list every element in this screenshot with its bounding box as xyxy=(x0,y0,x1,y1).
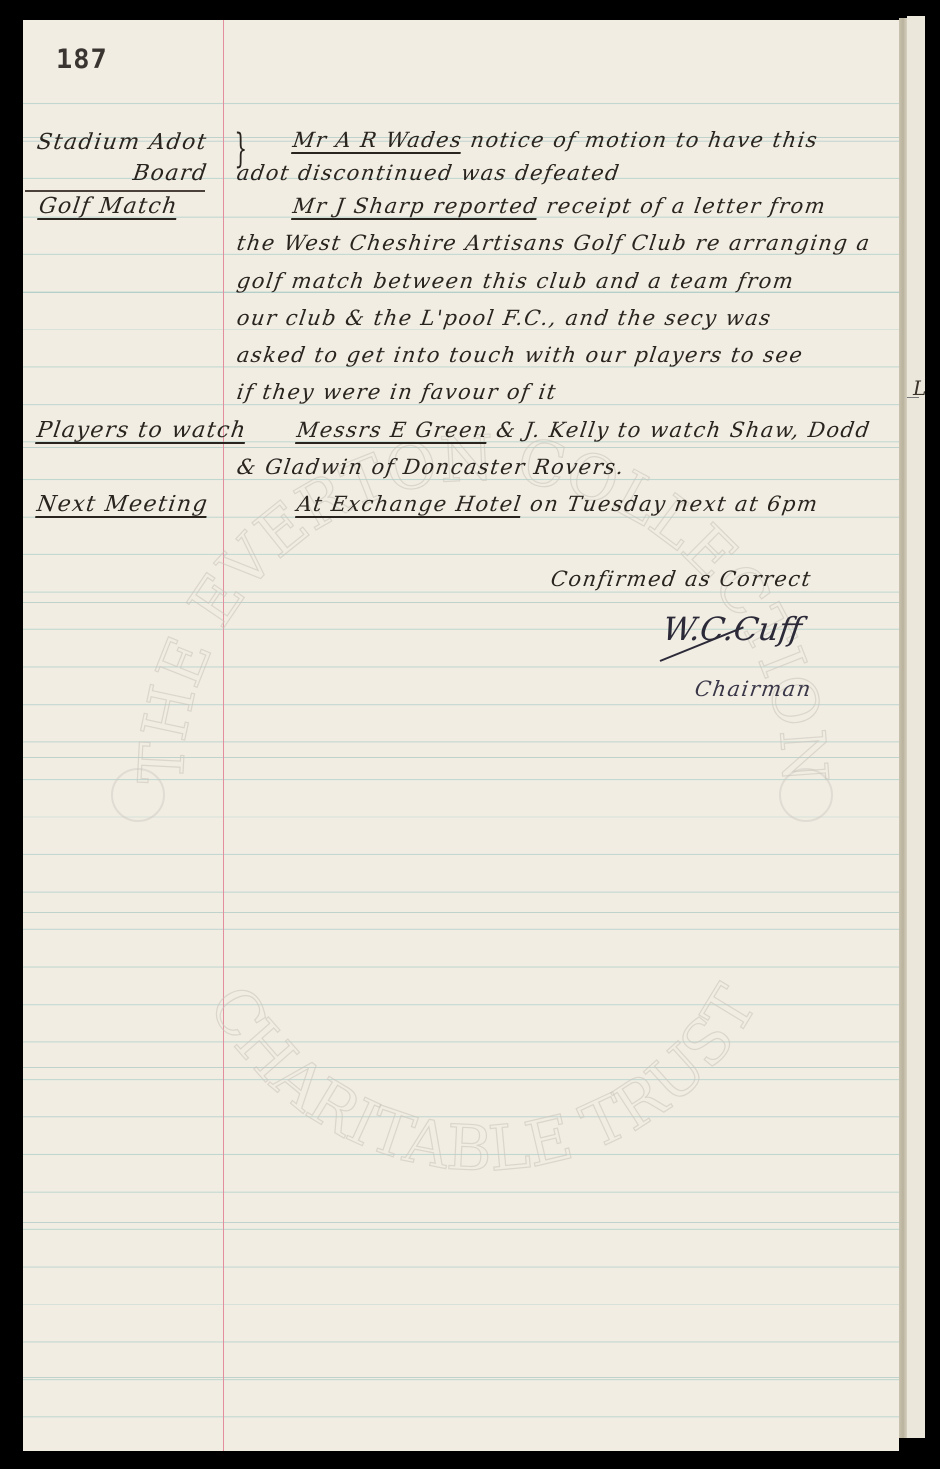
entry-text-rest: on Tuesday next at 6pm xyxy=(520,492,820,516)
entry-text-line: Messrs E Green & J. Kelly to watch Shaw,… xyxy=(295,418,872,442)
underlined-name: Messrs E Green xyxy=(295,418,490,442)
entry-label-players-to-watch: Players to watch xyxy=(35,418,248,443)
entry-text-line: Mr A R Wades notice of motion to have th… xyxy=(291,128,820,152)
entry-text-rest: receipt of a letter from xyxy=(537,194,828,218)
margin-line xyxy=(223,20,224,1451)
entry-text-line: if they were in favour of it xyxy=(235,380,558,404)
entry-text-rest: notice of motion to have this xyxy=(461,128,820,152)
ruled-lines xyxy=(23,100,899,1451)
chairman-signature: W.C.Cuff xyxy=(660,610,804,648)
ledger-page: THE EVERTON COLLECTION CHARITABLE TRUST … xyxy=(23,20,899,1451)
underlined-name: Mr J Sharp reported xyxy=(291,194,540,218)
next-page-dash xyxy=(907,397,919,398)
confirmation-text: Confirmed as Correct xyxy=(549,567,813,591)
entry-label-golf-match: Golf Match xyxy=(37,194,179,219)
entry-text-line: Mr J Sharp reported receipt of a letter … xyxy=(291,194,828,218)
entry-label-next-meeting: Next Meeting xyxy=(35,492,210,517)
underlined-name: Mr A R Wades xyxy=(291,128,464,152)
entry-label-board: Board xyxy=(131,161,209,186)
book-gutter xyxy=(899,18,907,1438)
label-divider xyxy=(25,190,205,192)
entry-text-line: At Exchange Hotel on Tuesday next at 6pm xyxy=(295,492,820,516)
entry-text-line: asked to get into touch with our players… xyxy=(235,343,805,367)
next-page-edge: L xyxy=(907,16,925,1438)
entry-text-line: our club & the L'pool F.C., and the secy… xyxy=(235,306,773,330)
entry-text-line: golf match between this club and a team … xyxy=(235,269,796,293)
entry-text-rest: & J. Kelly to watch Shaw, Dodd xyxy=(487,418,873,442)
underlined-name: At Exchange Hotel xyxy=(295,492,523,516)
page-number: 187 xyxy=(56,44,108,75)
chairman-title: Chairman xyxy=(693,677,813,701)
entry-label-stadium: Stadium Adot xyxy=(35,130,209,155)
entry-text-line: adot discontinued was defeated xyxy=(235,161,622,185)
entry-text-line: & Gladwin of Doncaster Rovers. xyxy=(235,455,626,479)
entry-text-line: the West Cheshire Artisans Golf Club re … xyxy=(235,231,872,255)
